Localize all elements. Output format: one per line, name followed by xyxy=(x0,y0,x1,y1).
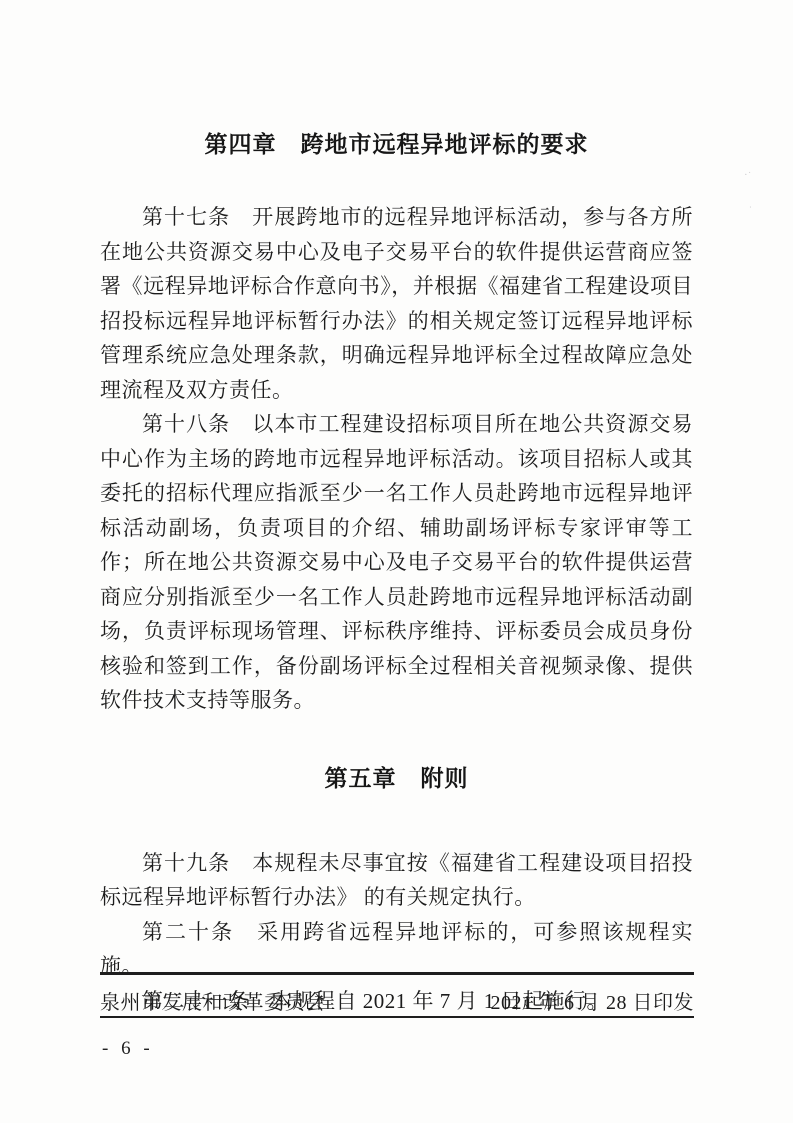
article-19-paragraph: 第十九条 本规程未尽事宜按《福建省工程建设项目招投标远程异地评标暂行办法》 的有… xyxy=(100,846,693,915)
document-content: 第四章 跨地市远程异地评标的要求 第十七条 开展跨地市的远程异地评标活动，参与各… xyxy=(0,0,793,1018)
footer-rule: 泉州市发展和改革委员会 2021 年 6 月 28 日印发 xyxy=(100,972,694,1018)
document-page: 第四章 跨地市远程异地评标的要求 第十七条 开展跨地市的远程异地评标活动，参与各… xyxy=(0,0,793,1123)
footer-row: 泉州市发展和改革委员会 2021 年 6 月 28 日印发 xyxy=(100,975,694,1018)
article-18-paragraph: 第十八条 以本市工程建设招标项目所在地公共资源交易中心作为主场的跨地市远程异地评… xyxy=(100,407,693,718)
chapter-5-heading: 第五章 附则 xyxy=(100,764,693,794)
chapter-4-heading: 第四章 跨地市远程异地评标的要求 xyxy=(100,130,693,160)
footer-issuer: 泉州市发展和改革委员会 xyxy=(100,986,326,1015)
footer-print-date: 2021 年 6 月 28 日印发 xyxy=(491,986,695,1015)
page-number: - 6 - xyxy=(102,1038,154,1060)
article-17-paragraph: 第十七条 开展跨地市的远程异地评标活动，参与各方所在地公共资源交易中心及电子交易… xyxy=(100,200,693,407)
